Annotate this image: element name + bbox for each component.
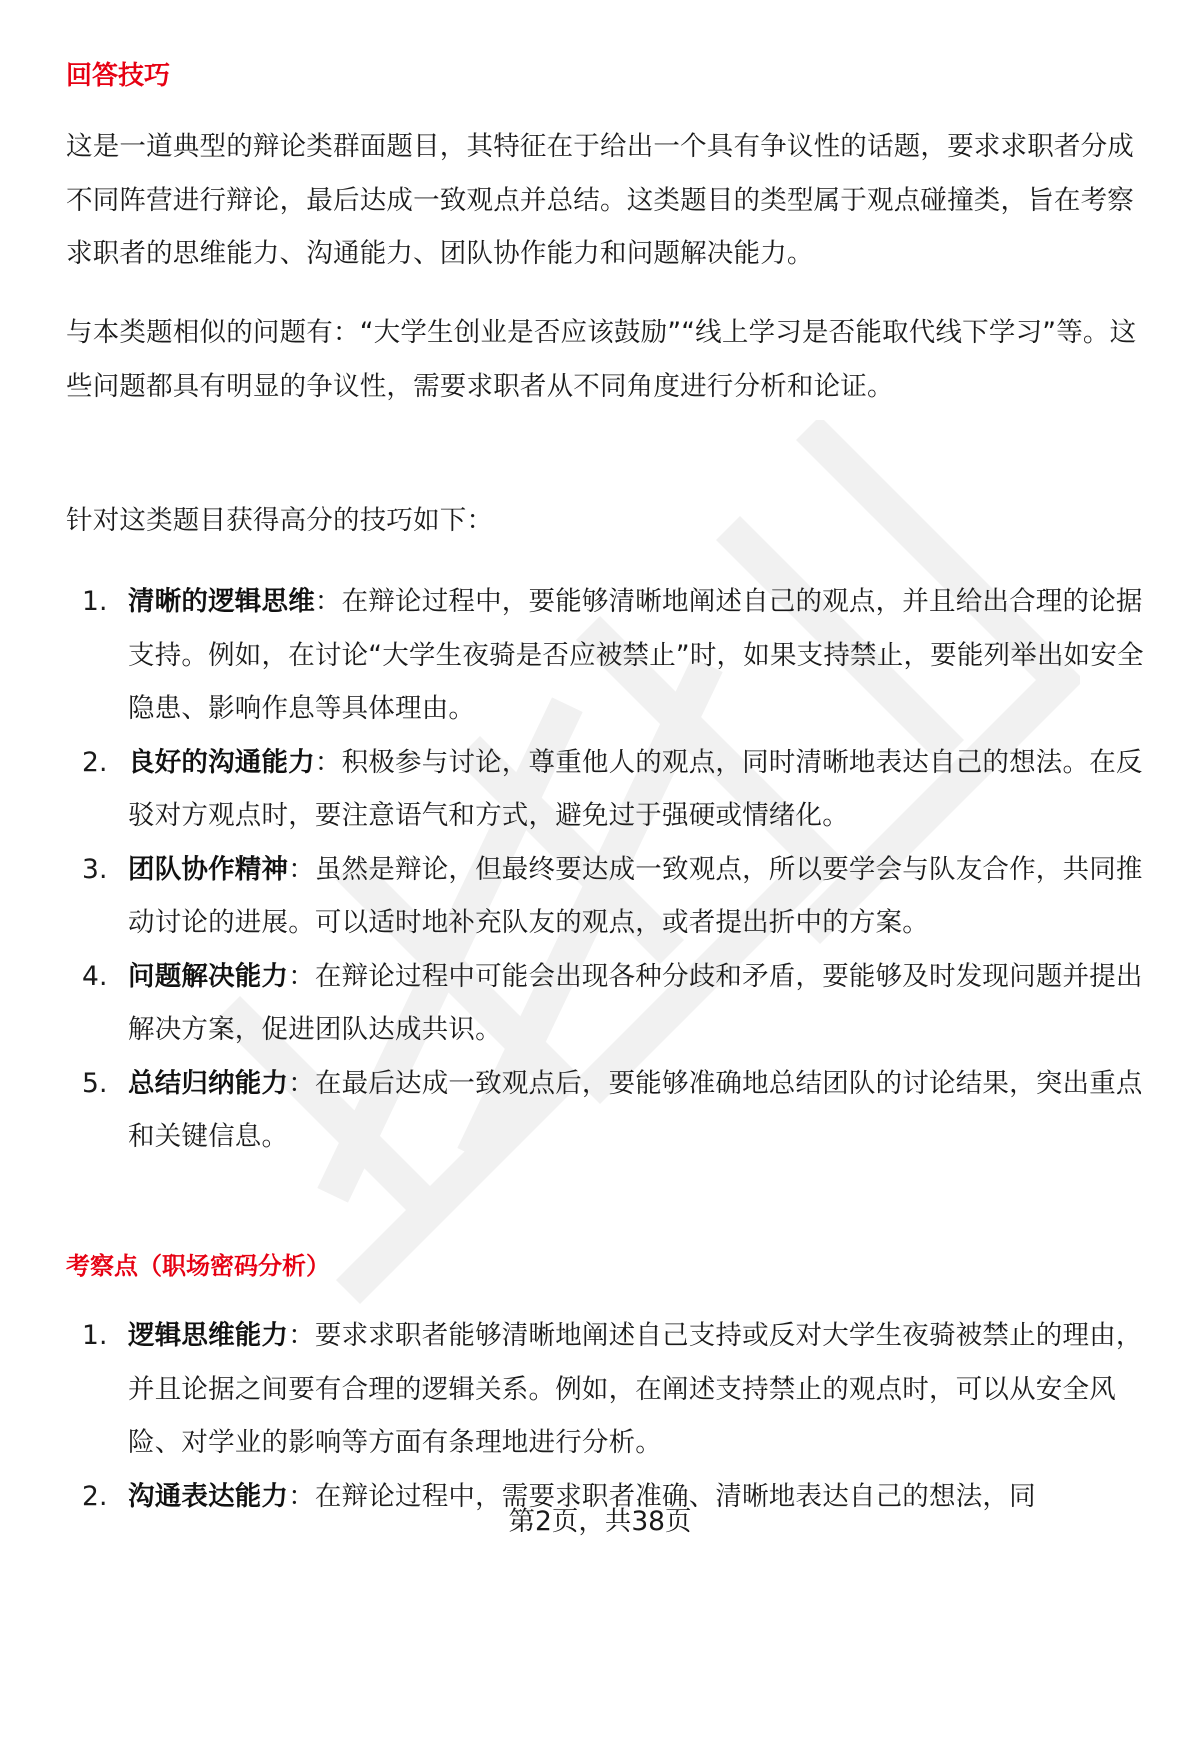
list-number: 1. <box>82 1309 108 1363</box>
tip-title: 良好的沟通能力 <box>128 747 315 778</box>
section-heading-assessment-points: 考察点（职场密码分析） <box>66 1251 330 1281</box>
intro-paragraph: 这是一道典型的辩论类群面题目，其特征在于给出一个具有争议性的话题，要求求职者分成… <box>66 120 1146 281</box>
tips-lead-paragraph: 针对这类题目获得高分的技巧如下： <box>66 494 1146 548</box>
tip-item: 2.良好的沟通能力：积极参与讨论，尊重他人的观点，同时清晰地表达自己的想法。在反… <box>0 736 1158 843</box>
tip-item: 3.团队协作精神：虽然是辩论，但最终要达成一致观点，所以要学会与队友合作，共同推… <box>0 843 1158 950</box>
similar-questions-paragraph: 与本类题相似的问题有：“大学生创业是否应该鼓励”“线上学习是否能取代线下学习”等… <box>66 306 1146 413</box>
list-number: 4. <box>82 950 108 1004</box>
tips-list: 1.清晰的逻辑思维：在辩论过程中，要能够清晰地阐述自己的观点，并且给出合理的论据… <box>0 575 1200 1164</box>
page-indicator: 第2页，共38页 <box>0 1502 1200 1542</box>
assessment-point-item: 1.逻辑思维能力：要求求职者能够清晰地阐述自己支持或反对大学生夜骑被禁止的理由，… <box>0 1309 1158 1470</box>
list-number: 1. <box>82 575 108 629</box>
tip-item: 4.问题解决能力：在辩论过程中可能会出现各种分歧和矛盾，要能够及时发现问题并提出… <box>0 950 1158 1057</box>
tip-title: 总结归纳能力 <box>128 1068 288 1099</box>
list-number: 5. <box>82 1057 108 1111</box>
assessment-points-list: 1.逻辑思维能力：要求求职者能够清晰地阐述自己支持或反对大学生夜骑被禁止的理由，… <box>0 1309 1200 1523</box>
tip-item: 5.总结归纳能力：在最后达成一致观点后，要能够准确地总结团队的讨论结果，突出重点… <box>0 1057 1158 1164</box>
point-title: 逻辑思维能力 <box>128 1320 288 1351</box>
tip-item: 1.清晰的逻辑思维：在辩论过程中，要能够清晰地阐述自己的观点，并且给出合理的论据… <box>0 575 1158 736</box>
tip-title: 团队协作精神 <box>128 854 288 885</box>
list-number: 3. <box>82 843 108 897</box>
tip-title: 清晰的逻辑思维 <box>128 586 315 617</box>
list-number: 2. <box>82 736 108 790</box>
tip-title: 问题解决能力 <box>128 961 288 992</box>
section-heading-answer-tips: 回答技巧 <box>66 61 170 91</box>
